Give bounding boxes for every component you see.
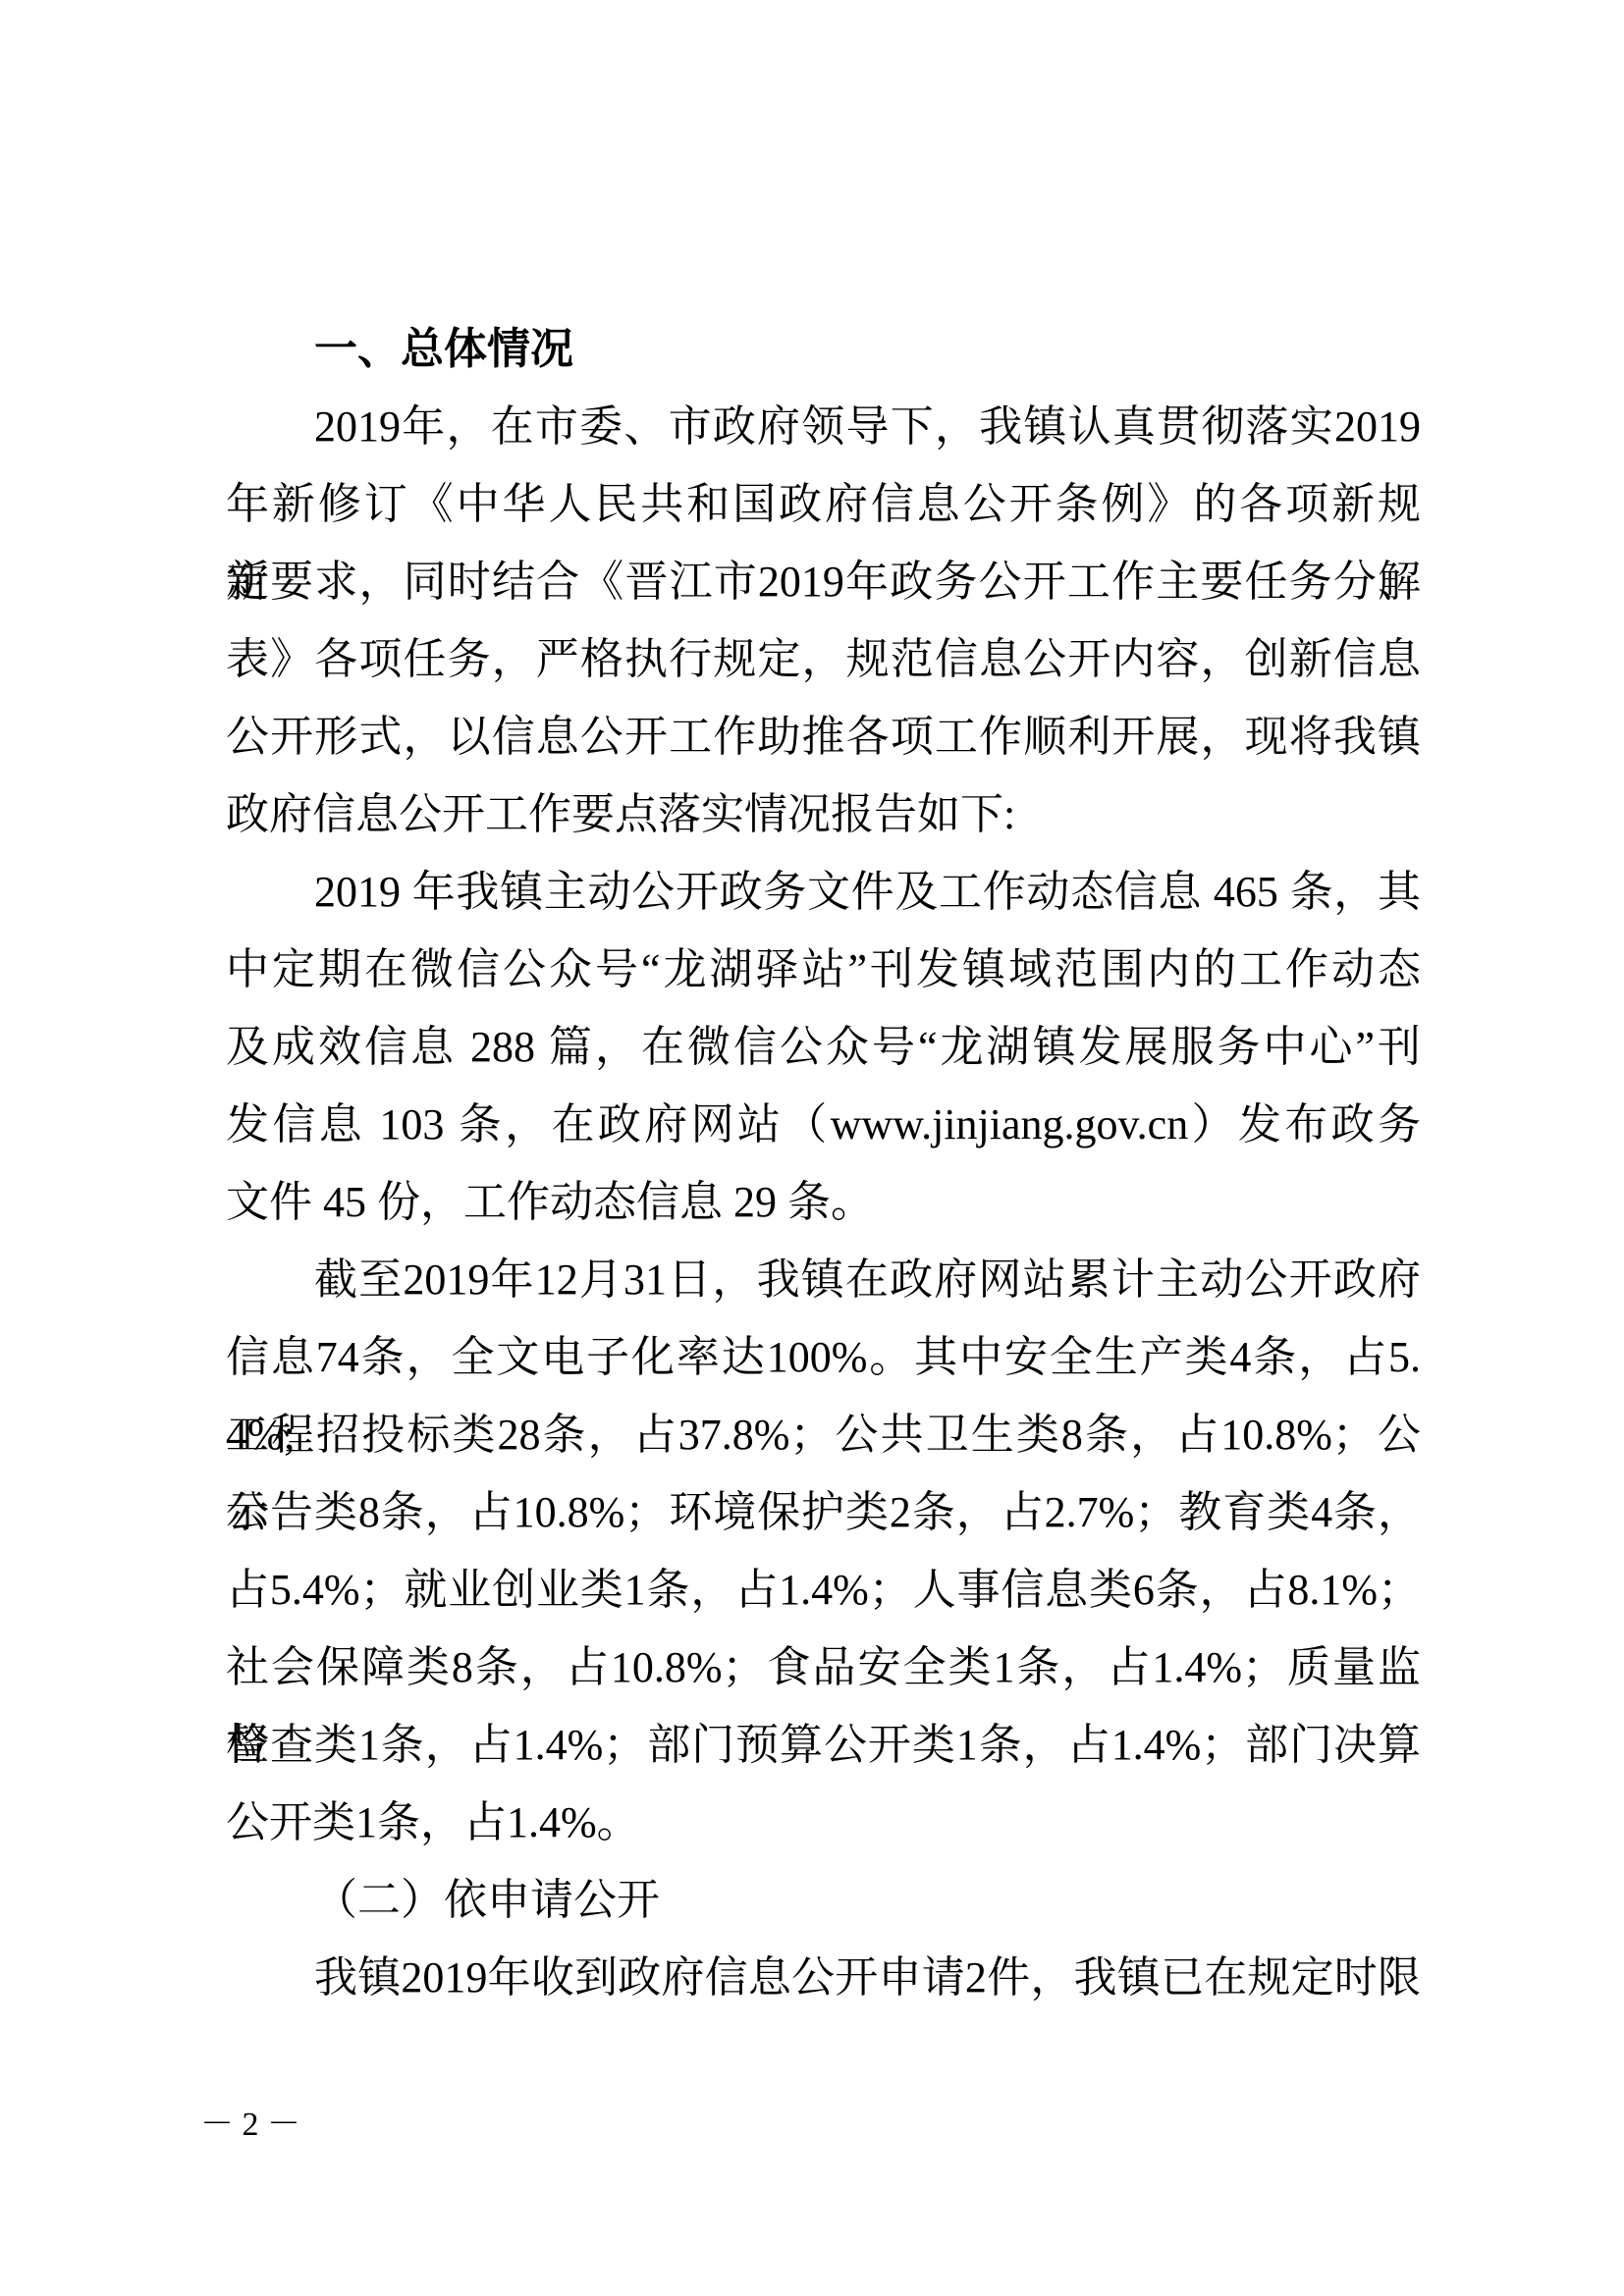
intro-line-3: 新要求，同时结合《晋江市2019年政务公开工作主要任务分解: [226, 543, 1421, 620]
cumulative-line-6: 社会保障类8条，占10.8%；食品安全类1条，占1.4%；质量监督: [226, 1629, 1421, 1706]
application-line-1: 我镇2019年收到政府信息公开申请2件，我镇已在规定时限: [314, 1939, 1421, 2016]
intro-line-1: 2019年，在市委、市政府领导下，我镇认真贯彻落实2019: [314, 388, 1421, 465]
section-heading: 一、总体情况: [314, 310, 1421, 388]
active-disclosure-line-4: 发信息 103 条，在政府网站（www.jinjiang.gov.cn）发布政务: [226, 1086, 1421, 1163]
document-page: 一、总体情况 2019年，在市委、市政府领导下，我镇认真贯彻落实2019 年新修…: [0, 0, 1624, 2296]
intro-line-4: 表》各项任务，严格执行规定，规范信息公开内容，创新信息: [226, 620, 1421, 698]
cumulative-line-4: 公告类8条，占10.8%；环境保护类2条，占2.7%；教育类4条，: [226, 1473, 1421, 1551]
cumulative-line-1: 截至2019年12月31日，我镇在政府网站累计主动公开政府: [314, 1241, 1421, 1318]
intro-line-5: 公开形式，以信息公开工作助推各项工作顺利开展，现将我镇: [226, 698, 1421, 775]
intro-line-6: 政府信息公开工作要点落实情况报告如下:: [226, 775, 1421, 853]
cumulative-line-5: 占5.4%；就业创业类1条，占1.4%；人事信息类6条，占8.1%；: [226, 1551, 1421, 1629]
cumulative-line-2: 信息74条，全文电子化率达100%。其中安全生产类4条，占5.4%;: [226, 1318, 1421, 1396]
active-disclosure-line-2: 中定期在微信公众号“龙湖驿站”刊发镇域范围内的工作动态: [226, 931, 1421, 1008]
active-disclosure-line-5: 文件 45 份，工作动态信息 29 条。: [226, 1163, 1421, 1241]
intro-line-2: 年新修订《中华人民共和国政府信息公开条例》的各项新规定、: [226, 465, 1421, 543]
page-number: － 2 －: [196, 2101, 304, 2150]
cumulative-line-7: 检查类1条，占1.4%；部门预算公开类1条，占1.4%；部门决算: [226, 1706, 1421, 1784]
active-disclosure-line-1: 2019 年我镇主动公开政务文件及工作动态信息 465 条，其: [314, 853, 1421, 931]
subsection-heading: （二）依申请公开: [314, 1861, 1509, 1939]
active-disclosure-line-3: 及成效信息 288 篇，在微信公众号“龙湖镇发展服务中心”刊: [226, 1008, 1421, 1086]
cumulative-line-3: 工程招投标类28条，占37.8%；公共卫生类8条，占10.8%；公示: [226, 1396, 1421, 1473]
cumulative-line-8: 公开类1条，占1.4%。: [226, 1784, 1421, 1861]
